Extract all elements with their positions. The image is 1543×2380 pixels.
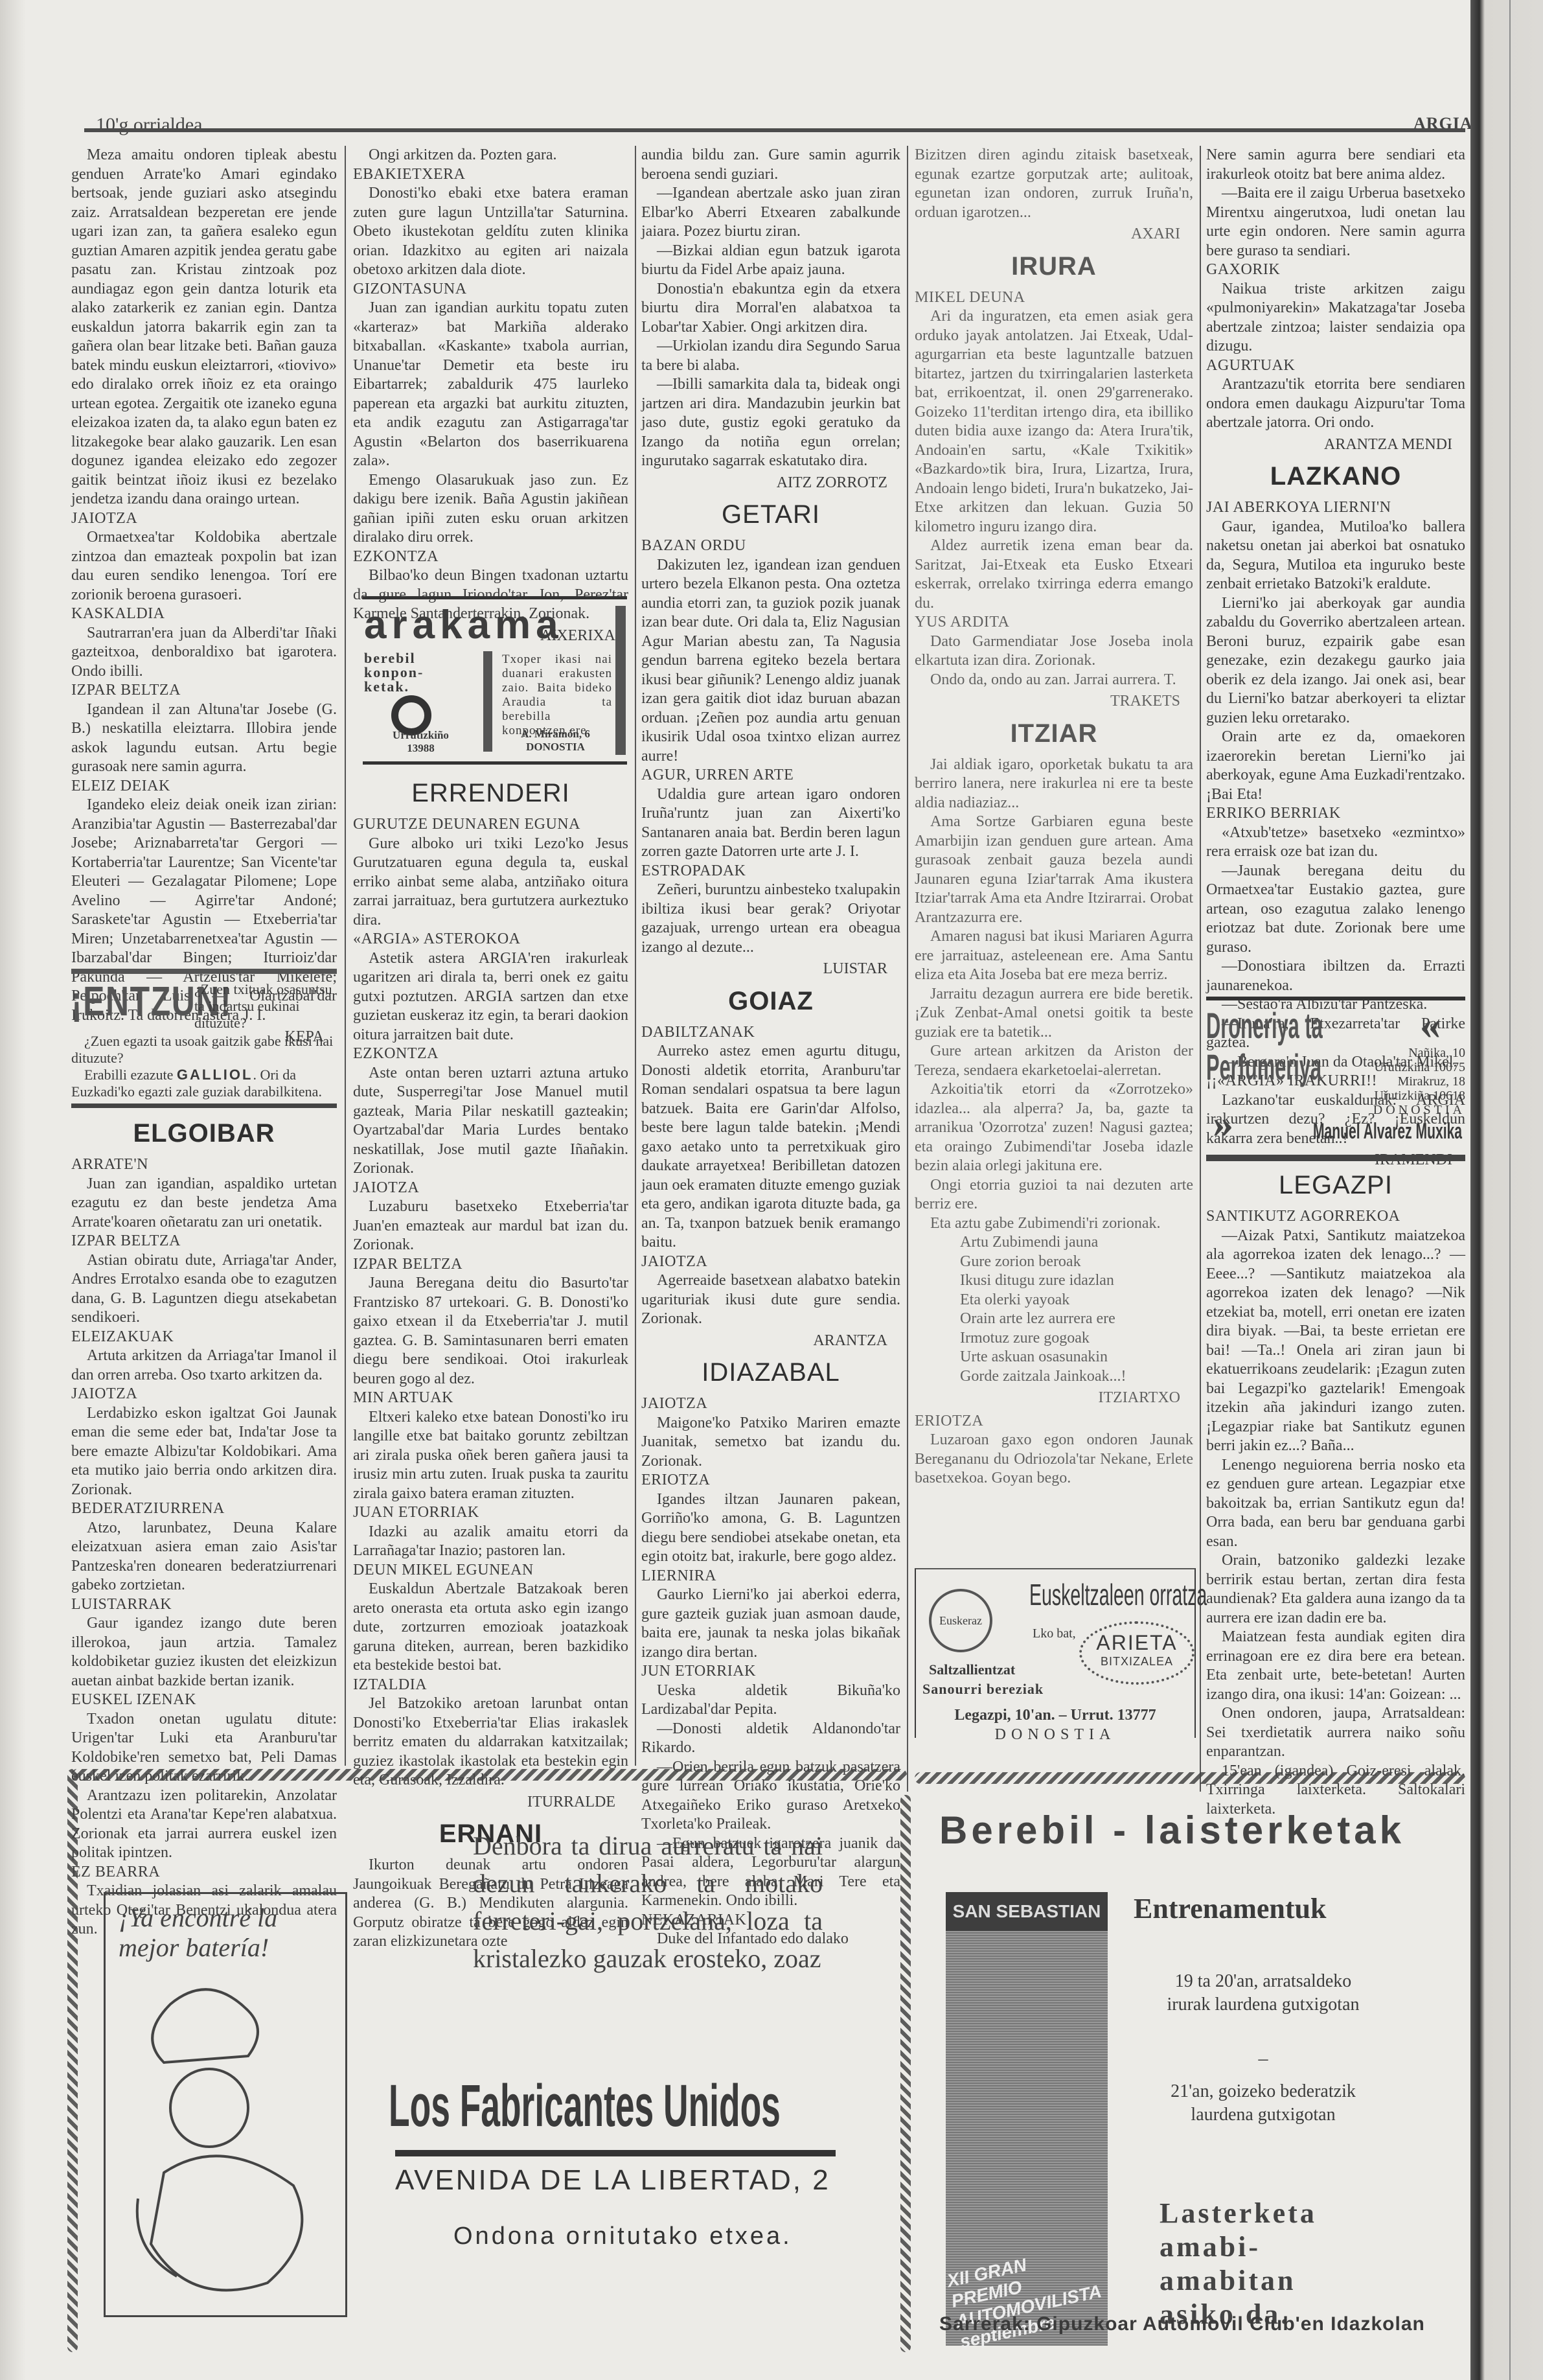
section-body: Jauna Beregana deitu dio Basurto'tar Fra… <box>353 1274 628 1389</box>
section-body: Aurreko astez emen agurtu ditugu, Donost… <box>641 1042 900 1253</box>
poem-line: Irmotuz zure gogoak <box>960 1329 1193 1348</box>
section-title: JAIOTZA <box>641 1394 900 1414</box>
entzun-advertisement: ¡ENTZUN! ¿Zuen txituak osasuntsu ta inda… <box>71 978 337 1082</box>
ad-question-2: ¿Zuen egazti ta usoak gaitzik gabe ikusi… <box>71 1033 337 1067</box>
poster-title: SAN SEBASTIAN <box>946 1892 1108 1931</box>
column-elgoibar-news: Meza amaitu ondoren tipleak abestu gendu… <box>71 146 337 1051</box>
author-signature: AXARI <box>915 225 1180 244</box>
section-title: ELEIZ DEIAK <box>71 777 337 796</box>
section-title: SANTIKUTZ AGORREKOA <box>1206 1207 1465 1227</box>
ad-city: DONOSTIA <box>499 741 612 754</box>
news-item: —Igandean abertzale asko juan ziran Elba… <box>641 184 900 242</box>
scan-edge-left <box>0 0 26 2380</box>
section-body: Ondo da, ondo au zan. Jarrai aurrera. T. <box>915 671 1193 690</box>
section-body: Aste ontan beren uztarri aztuna artuko d… <box>353 1064 628 1179</box>
section-title: JAIOTZA <box>353 1179 628 1198</box>
section-title: IZPAR BELTZA <box>353 1255 628 1275</box>
ad-sub-1: Saltzallientzat <box>929 1661 1015 1678</box>
ad-start-note: Lasterketa amabi-amabitan asiko da. <box>1160 2197 1380 2331</box>
section-body: Agerreaide basetxean alabatxo batekin ug… <box>641 1271 900 1329</box>
section-title: BEDERATZIURRENA <box>71 1499 337 1519</box>
poster-caption: XII GRAN PREMIO AUTOMOVILISTA septiembre <box>945 2240 1108 2352</box>
section-title: JUN ETORRIAK <box>641 1662 900 1681</box>
section-heading-getari: GETARI <box>641 499 900 530</box>
ad-address: Legazpi, 10'an. – Urrut. 13777 <box>922 1707 1188 1724</box>
news-items: —Igandean abertzale asko juan ziran Elba… <box>641 184 900 471</box>
ad-footer: Ondona ornitutako etxea. <box>453 2223 792 2250</box>
section-body: Orain, batzoniko galdezki lezake berriri… <box>1206 1551 1465 1628</box>
page-number: 10'g orrialdea <box>96 114 203 136</box>
section-body: Artuta arkitzen da Arriaga'tar Imanol il… <box>71 1346 337 1385</box>
section-list: SANTIKUTZ AGORREKOA—Aizak Patxi, Santiku… <box>1206 1207 1465 1819</box>
section-body: —Jaunak beregana deitu du Ormaetxea'tar … <box>1206 862 1465 958</box>
section-title: EZKONTZA <box>353 1045 628 1064</box>
left-quote-icon: « <box>1420 1004 1441 1046</box>
author-signature: ITURRALDE <box>353 1793 615 1812</box>
ad-address-line: Uřutizkiña 10075 <box>1368 1060 1465 1074</box>
section-title: GIZONTASUNA <box>353 280 628 299</box>
section-heading-irura: IRURA <box>915 251 1193 282</box>
ad-address-line: Mirakruz, 18 <box>1368 1074 1465 1089</box>
news-item: Donostia'n ebakuntza egin da etxera biur… <box>641 280 900 338</box>
ad-address-line: DONOSTIA <box>1368 1103 1465 1117</box>
column-two: Ongi arkitzen da. Pozten gara.EBAKIETXER… <box>353 146 628 649</box>
ad-title-line-2: Perfumeriya <box>1206 1047 1321 1087</box>
ad-phone-label: Urrutizkiño <box>364 729 477 742</box>
ad-title-line-1: Droneriya ta <box>1206 1006 1323 1046</box>
right-quote-icon: » <box>1213 1103 1233 1144</box>
ad-phone-number: 13988 <box>364 742 477 755</box>
ad-rule <box>1206 1155 1465 1161</box>
section-body: Naikua triste arkitzen zaigu «pulmoniyar… <box>1206 280 1465 356</box>
ad-brand: Los Fabricantes Unidos <box>389 2074 781 2138</box>
section-heading-itziar: ITZIAR <box>915 718 1193 749</box>
section-list: MIKEL DEUNAAri da inguratzen, eta emen a… <box>915 288 1193 690</box>
ad-phone: Urrutizkiño 13988 <box>364 729 477 755</box>
poem-line: Urte askuan osasunakin <box>960 1348 1193 1367</box>
section-title: GAXORIK <box>1206 260 1465 280</box>
poem-line: Gure zorion beroak <box>960 1253 1193 1272</box>
arrieta-advertisement: Euskeraz Euskeltzaleen orratza Lko bat, … <box>915 1568 1196 1738</box>
article-intro: Bizitzen diren agindu zitaisk basetxeak,… <box>915 146 1193 222</box>
section-body: Juan zan igandian, aspaldiko urtetan eza… <box>71 1175 337 1232</box>
section-heading-goiaz: GOIAZ <box>641 986 900 1017</box>
ad-service-line: konpon- <box>364 665 424 680</box>
ad-rule <box>71 969 337 974</box>
section-title: ELEIZAKUAK <box>71 1328 337 1347</box>
column-legazpi: LEGAZPI SANTIKUTZ AGORREKOA—Aizak Patxi,… <box>1206 1163 1465 1819</box>
section-body: Onen ondoren, jaupa, Arratsaldean: Sei t… <box>1206 1704 1465 1762</box>
column-four: Bizitzen diren agindu zitaisk basetxeak,… <box>915 146 1193 1488</box>
section-title: IZPAR BELTZA <box>71 1232 337 1251</box>
section-title: DEUN MIKEL EGUNEAN <box>353 1561 628 1580</box>
section-body: Jai aldiak igaro, oporketak bukatu ta ar… <box>915 756 1193 813</box>
ad-headline: Euskeltzaleen orratza <box>1029 1578 1207 1611</box>
section-body: Donosti'ko ebaki etxe batera eraman zute… <box>353 184 628 280</box>
ad-service-line: ketak. <box>364 680 424 694</box>
section-title: JAIOTZA <box>641 1253 900 1272</box>
section-body: Gure artean arkitzen da Ariston der Tere… <box>915 1042 1193 1080</box>
section-title: LIERNIRA <box>641 1567 900 1586</box>
section-title: YUS ARDITA <box>915 613 1193 632</box>
section-title: LUISTARRAK <box>71 1595 337 1615</box>
section-list: Ongi arkitzen da. Pozten gara.EBAKIETXER… <box>353 146 628 624</box>
section-body: «Atxub'tetze» basetxeko «ezmintxo» rera … <box>1206 824 1465 862</box>
section-body: Arantzazu'tik etorrita bere sendiaren on… <box>1206 375 1465 433</box>
ad-street: A. Miramón, 6 <box>499 728 612 741</box>
ad-body-pre: Erabilli ezazute <box>84 1067 177 1083</box>
section-body: Ongi arkitzen da. Pozten gara. <box>353 146 628 165</box>
author-signature: LUISTAR <box>641 960 887 979</box>
section-body: —Baita ere il zaigu Urberua basetxeko Mi… <box>1206 184 1465 260</box>
section-body: Igandean il zan Altuna'tar Josebe (G. B.… <box>71 700 337 777</box>
chef-illustration-icon <box>125 1978 332 2302</box>
section-body: Gaur igandez izango dute beren illerokoa… <box>71 1614 337 1691</box>
ad-slogan: ¡Ya encontré la mejor batería! <box>119 1903 339 1963</box>
section-body: Lerdabizko eskon igaltzat Goi Jaunak ema… <box>71 1404 337 1500</box>
section-title: MIKEL DEUNA <box>915 288 1193 308</box>
race-poster-image: SAN SEBASTIAN XII GRAN PREMIO AUTOMOVILI… <box>946 1892 1108 2346</box>
article-body: Luzaroan gaxo egon ondoren Jaunak Berega… <box>915 1431 1193 1488</box>
section-title: EUSKEL IZENAK <box>71 1691 337 1710</box>
section-title: DABILTZANAK <box>641 1023 900 1043</box>
ad-headline: Berebil - laisterketak <box>939 1808 1405 1853</box>
column-divider <box>635 146 636 1766</box>
section-title: IZTALDIA <box>353 1676 628 1695</box>
poem-line: Artu Zubimendi jauna <box>960 1233 1193 1253</box>
column-three: aundia bildu zan. Gure samin agurrik ber… <box>641 146 900 1949</box>
author-signature: ARANTZA <box>641 1332 887 1351</box>
section-body: —Donosti aldetik Aldanondo'tar Rikardo. <box>641 1720 900 1758</box>
newspaper-page: 10'g orrialdea ARGIA Meza amaitu ondoren… <box>0 0 1483 2380</box>
ad-rule <box>395 2150 836 2156</box>
news-item: —Bizkai aldian egun batzuk igarota biurt… <box>641 242 900 280</box>
section-list: —Baita ere il zaigu Urberua basetxeko Mi… <box>1206 184 1465 433</box>
section-body: Maiatzean festa aundiak egiten dira erri… <box>1206 1628 1465 1704</box>
section-title: IZPAR BELTZA <box>71 681 337 700</box>
section-body: Gure alboko uri txiki Lezo'ko Jesus Guru… <box>353 835 628 930</box>
wavy-border <box>900 1795 911 2352</box>
section-body: Jarraitu dezagun aurrera ere bide bereti… <box>915 985 1193 1043</box>
poem-line: Eta olerki yayoak <box>960 1291 1193 1310</box>
section-body: Ormaetxea'tar Koldobika abertzale zintzo… <box>71 528 337 605</box>
section-body: Idazki au azalik amaitu etorri da Larrañ… <box>353 1523 628 1561</box>
section-title: BAZAN ORDU <box>641 537 900 556</box>
section-body: Ari da inguratzen, eta emen asiak gera o… <box>915 307 1193 537</box>
section-body: Luzaburu basetxeko Etxeberria'tar Juan'e… <box>353 1197 628 1255</box>
column-divider <box>345 146 346 1766</box>
section-body: Euskaldun Abertzale Batzakoak beren aret… <box>353 1580 628 1676</box>
section-list: DABILTZANAKAurreko astez emen agurtu dit… <box>641 1023 900 1329</box>
section-title: JAI ABERKOYA LIERNI'N <box>1206 498 1465 518</box>
wavy-border <box>71 1769 907 1781</box>
ad-address: AVENIDA DE LA LIBERTAD, 2 <box>395 2164 849 2197</box>
ad-sub-2: Sanourri bereziak <box>922 1681 1044 1698</box>
seal-icon: Euskeraz <box>929 1589 992 1652</box>
ad-subhead: Entrenamentuk <box>1134 1892 1326 1925</box>
section-body: Atzo, larunbatez, Deuna Kalare eleizatxu… <box>71 1519 337 1595</box>
poem-line: Gorde zaitzala Jainkoak...! <box>960 1367 1193 1387</box>
section-body: Gaurko Lierni'ko jai aberkoi ederra, gur… <box>641 1586 900 1662</box>
section-body: Astian obiratu dute, Arriaga'tar Ander, … <box>71 1251 337 1328</box>
column-elgoibar: ELGOIBAR ARRATE'NJuan zan igandian, aspa… <box>71 1111 337 1939</box>
section-body: Arantzazu izen politarekin, Anzolatar Po… <box>71 1786 337 1863</box>
section-title: ERRIKO BERRIAK <box>1206 804 1465 824</box>
ad-brand: ARIETA <box>1082 1630 1192 1655</box>
column-divider <box>907 146 908 1792</box>
wavy-border <box>67 1769 78 2352</box>
section-title: GURUTZE DEUNAREN EGUNA <box>353 815 628 835</box>
section-body: Orain arte ez da, omaekoren izaerorekin … <box>1206 728 1465 804</box>
section-title: «ARGIA» ASTEROKOA <box>353 930 628 949</box>
section-title: MIN ARTUAK <box>353 1389 628 1408</box>
ad-text: Denbora ta dirua aurreratu ta nai dezun … <box>473 1827 823 1978</box>
article-intro: Meza amaitu ondoren tipleak abestu gendu… <box>71 146 337 509</box>
ad-owner: Manuel Alvarez Muxika <box>1313 1118 1462 1144</box>
section-title: ESTROPADAK <box>641 862 900 881</box>
column-divider <box>1200 146 1201 1792</box>
section-title: ERIOTZA <box>641 1471 900 1490</box>
ad-side-bar <box>615 606 626 755</box>
section-body: Ongi etorria guzioi ta nai dezuten arte … <box>915 1176 1193 1214</box>
ad-brand-sub: BITXIZALEA <box>1082 1655 1192 1668</box>
section-title: EZKONTZA <box>353 548 628 567</box>
ad-footer: Sarrerak: Gipuzkoar Automovil Club'en Id… <box>939 2313 1477 2335</box>
section-body: Azkoitia'tik etorri da «Zorrotzeko» idaz… <box>915 1080 1193 1176</box>
section-title: ERIOTZA <box>915 1412 1193 1431</box>
header-rule <box>84 128 1465 132</box>
section-body: Emengo Olasarukuak jaso zun. Ez dakigu b… <box>353 471 628 548</box>
poem-line: Orain arte lez aurrera ere <box>960 1310 1193 1329</box>
section-title: AGURTUAK <box>1206 356 1465 376</box>
author-signature: ARANTZA MENDI <box>1206 435 1452 455</box>
section-body: Lenengo neguiorena berria nosko eta ez g… <box>1206 1456 1465 1552</box>
scan-edge-line <box>1509 0 1511 2380</box>
race-advertisement: Berebil - laisterketak SAN SEBASTIAN XII… <box>920 1795 1470 2378</box>
section-body: Sautrarran'era juan da Alberdi'tar Iñaki… <box>71 624 337 682</box>
ad-question-1: ¿Zuen txituak osasuntsu ta indartsu euki… <box>194 981 337 1032</box>
ad-brand-oval: ARIETA BITXIZALEA <box>1079 1621 1194 1685</box>
news-item: —Ibilli samarkita dala ta, bideak ongi j… <box>641 375 900 471</box>
fabricantes-advertisement: Denbora ta dirua aurreratu ta nai dezun … <box>389 1827 881 2307</box>
wavy-border <box>915 1772 1465 1784</box>
section-list: BAZAN ORDUDakizuten lez, igandean izan g… <box>641 537 900 957</box>
section-body: Amaren nagusi bat ikusi Mariaren Agurra … <box>915 927 1193 985</box>
section-body: Juan zan igandian aurkitu topatu zuten «… <box>353 299 628 471</box>
ad-brand: GALLIOL <box>177 1067 253 1083</box>
section-heading-idiazabal: IDIAZABAL <box>641 1357 900 1388</box>
ad-address: A. Miramón, 6 DONOSTIA <box>499 728 612 754</box>
section-list: JAIOTZAOrmaetxea'tar Koldobika abertzale… <box>71 509 337 1026</box>
author-signature: AITZ ZORROTZ <box>641 474 887 493</box>
article-intro: aundia bildu zan. Gure samin agurrik ber… <box>641 146 900 184</box>
section-title: KASKALDIA <box>71 605 337 624</box>
article-intro: Nere samin agurra bere sendiari eta irak… <box>1206 146 1465 184</box>
section-title: JAIOTZA <box>71 1385 337 1404</box>
section-title: EBAKIETXERA <box>353 165 628 185</box>
poem: Artu Zubimendi jaunaGure zorion beroakIk… <box>915 1233 1193 1386</box>
section-body: Lierni'ko jai aberkoyak gar aundia zabal… <box>1206 594 1465 728</box>
ad-address-line: Nañika, 10 <box>1368 1046 1465 1060</box>
ad-address-block: Nañika, 10 Uřutizkiña 10075 Mirakruz, 18… <box>1368 1046 1465 1117</box>
section-list: GURUTZE DEUNAREN EGUNAGure alboko uri tx… <box>353 815 628 1790</box>
section-body: Ama Sortze Garbiaren eguna beste Amarbij… <box>915 813 1193 927</box>
section-list: ARRATE'NJuan zan igandian, aspaldiko urt… <box>71 1155 337 1939</box>
section-body: Astetik astera ARGIA'ren irakurleak ugar… <box>353 949 628 1045</box>
poem-line: Ikusi ditugu zure idazlan <box>960 1271 1193 1291</box>
section-body: Dakizuten lez, igandean izan genduen urt… <box>641 556 900 767</box>
perfumeria-advertisement: Droneriya ta Perfumeriya « » Nañika, 10 … <box>1206 997 1465 1162</box>
section-body: Udaldia gure artean igaro ondoren Iruña'… <box>641 785 900 862</box>
ad-brand: arakama <box>364 602 564 648</box>
section-title: JAIOTZA <box>71 509 337 529</box>
ad-note: Lko bat, <box>1033 1626 1076 1641</box>
section-title: EZ BEARRA <box>71 1863 337 1882</box>
section-heading-legazpi: LEGAZPI <box>1206 1170 1465 1201</box>
scan-edge-right <box>1470 0 1543 2380</box>
ad-dash: – <box>1166 2048 1360 2070</box>
news-item: —Urkiolan izandu dira Segundo Sarua ta b… <box>641 337 900 375</box>
author-signature: ITZIARTXO <box>915 1389 1180 1408</box>
ad-body: Erabilli ezazute GALLIOL. Ori da Euzkadi… <box>71 1067 337 1100</box>
ad-service: berebil konpon- ketak. <box>364 651 424 694</box>
section-body: Eta aztu gabe Zubimendi'ri zorionak. <box>915 1214 1193 1234</box>
ad-schedule-1: 19 ta 20'an, arratsaldeko irurak laurden… <box>1166 1970 1360 2016</box>
ad-city: DONOSTIA <box>922 1726 1188 1744</box>
author-signature: TRAKETS <box>915 692 1180 711</box>
ad-address-line: Uřutizkiña 10618 <box>1368 1089 1465 1103</box>
section-body: Zeñeri, buruntzu ainbesteko txalupakin i… <box>641 881 900 957</box>
ad-text: Txoper ikasi nai duanari erakusten zaio.… <box>502 653 612 738</box>
bateria-advertisement: ¡Ya encontré la mejor batería! <box>104 1892 347 2317</box>
section-body: Maigone'ko Patxiko Mariren emazte Juanit… <box>641 1414 900 1472</box>
section-body: —Aizak Patxi, Santikutz maiatzekoa ala a… <box>1206 1227 1465 1456</box>
section-heading-errenderi: ERRENDERI <box>353 778 628 809</box>
section-title: AGUR, URREN ARTE <box>641 766 900 785</box>
section-body: Aldez aurretik izena eman bear da. Sarit… <box>915 537 1193 613</box>
ad-service-line: berebil <box>364 651 424 665</box>
section-heading-lazkano: LAZKANO <box>1206 461 1465 492</box>
section-body: Gaur, igandea, Mutiloa'ko ballera nakets… <box>1206 518 1465 594</box>
section-body: Eltxeri kaleko etxe batean Donosti'ko ir… <box>353 1408 628 1504</box>
section-body: Igandes iltzan Jaunaren pakean, Gorriño'… <box>641 1490 900 1567</box>
arakama-advertisement: arakama berebil konpon- ketak. Urrutizki… <box>363 596 627 765</box>
section-body: —Donostiara ibiltzen da. Errazti jaunare… <box>1206 957 1465 995</box>
section-list: Jai aldiak igaro, oporketak bukatu ta ar… <box>915 756 1193 1234</box>
section-body: Dato Garmendiatar Jose Joseba inola elka… <box>915 632 1193 671</box>
section-body: Ueska aldetik Bikuña'ko Lardizabal'dar P… <box>641 1681 900 1720</box>
ad-schedule-2: 21'an, goizeko bederatzik laurdena gutxi… <box>1166 2080 1360 2127</box>
ad-rule <box>71 1103 337 1108</box>
ad-divider <box>483 651 492 752</box>
section-title: ARRATE'N <box>71 1155 337 1175</box>
section-heading-elgoibar: ELGOIBAR <box>71 1118 337 1149</box>
section-title: JUAN ETORRIAK <box>353 1503 628 1523</box>
